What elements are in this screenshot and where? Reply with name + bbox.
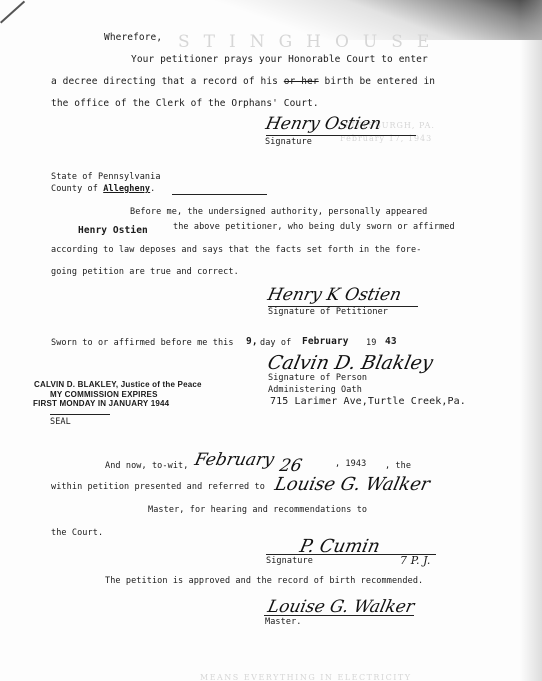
petitioner-affidavit-signature: Henry K Ostien (266, 285, 403, 305)
county-prefix: County of (51, 184, 103, 194)
affiant-name: Henry Ostien (78, 225, 148, 236)
master-signature-line (264, 615, 414, 616)
county-suffix: . (150, 184, 155, 194)
referral-year: , 1943 (335, 459, 366, 469)
officer-handwritten-signature: Calvin D. Blakley (266, 352, 435, 374)
prayer-line-2: a decree directing that a record of his … (51, 76, 435, 87)
referral-suffix: , the (385, 461, 411, 471)
scan-corner-mark (0, 1, 25, 24)
jp-stamp-line-2: MY COMMISSION EXPIRES (50, 390, 158, 399)
judge-signature-label: Signature (266, 556, 313, 566)
county-name: Allegheny (103, 184, 150, 194)
seal-line (50, 414, 110, 415)
jurat-year-prefix: 19 (366, 338, 376, 348)
affidavit-line-1: Before me, the undersigned authority, pe… (130, 207, 427, 217)
affidavit-line-2: the above petitioner, who being duly swo… (173, 222, 455, 232)
county-blank-line (172, 194, 267, 195)
jurat-day: 9, (246, 336, 258, 347)
jp-stamp-line-1: CALVIN D. BLAKLEY, Justice of the Peace (34, 380, 202, 389)
jurat-month: February (302, 336, 349, 347)
venue-state: State of Pennsylvania (51, 172, 161, 182)
prayer-line-2-text: a decree directing that a record of his (51, 76, 284, 87)
scan-edge-shadow (520, 0, 542, 681)
affidavit-line-3: according to law deposes and says that t… (51, 245, 421, 255)
referral-prefix: And now, to-wit, (105, 461, 188, 471)
signature-label: Signature (265, 137, 312, 147)
referral-month-handwritten: February (193, 450, 276, 470)
prayer-line-3: the office of the Clerk of the Orphans' … (51, 98, 319, 109)
affidavit-signature-label: Signature of Petitioner (268, 307, 388, 317)
jp-stamp-line-3: FIRST MONDAY IN JANUARY 1944 (33, 399, 169, 408)
officer-label-1: Signature of Person (268, 373, 367, 383)
master-label: Master. (265, 617, 302, 627)
referral-day-handwritten: 26 (278, 456, 304, 476)
approval-text: The petition is approved and the record … (105, 576, 423, 586)
jurat-prefix: Sworn to or affirmed before me this (51, 338, 234, 348)
opening-word: Wherefore, (104, 32, 162, 43)
referral-line-3: Master, for hearing and recommendations … (148, 505, 367, 515)
prayer-line-2-end: birth be entered in (319, 76, 435, 87)
footer-watermark: MEANS EVERYTHING IN ELECTRICITY (200, 673, 412, 681)
jurat-year-suffix: 43 (385, 336, 397, 347)
officer-address: 715 Larimer Ave,Turtle Creek,Pa. (270, 396, 466, 407)
seal-label: SEAL (50, 417, 71, 427)
judge-note: 7 P. J. (400, 554, 430, 567)
venue-county: County of Allegheny. (51, 184, 155, 194)
petitioner-handwritten-signature: Henry Ostien (264, 114, 383, 134)
referral-line-2: within petition presented and referred t… (51, 482, 265, 492)
officer-label-2: Administering Oath (268, 385, 362, 395)
master-approval-signature: Louise G. Walker (266, 597, 416, 617)
letterhead-watermark: STINGHOUSE (178, 32, 443, 52)
jurat-day-of: day of (260, 338, 291, 348)
document-page: STINGHOUSE Wherefore, Your petitioner pr… (0, 0, 542, 681)
master-handwritten-name: Louise G. Walker (273, 474, 432, 495)
struck-text: or her (284, 76, 319, 87)
prayer-line-1: Your petitioner prays your Honorable Cou… (131, 54, 428, 65)
affidavit-line-4: going petition are true and correct. (51, 267, 239, 277)
signature-line (266, 135, 416, 136)
referral-line-4: the Court. (51, 528, 103, 538)
